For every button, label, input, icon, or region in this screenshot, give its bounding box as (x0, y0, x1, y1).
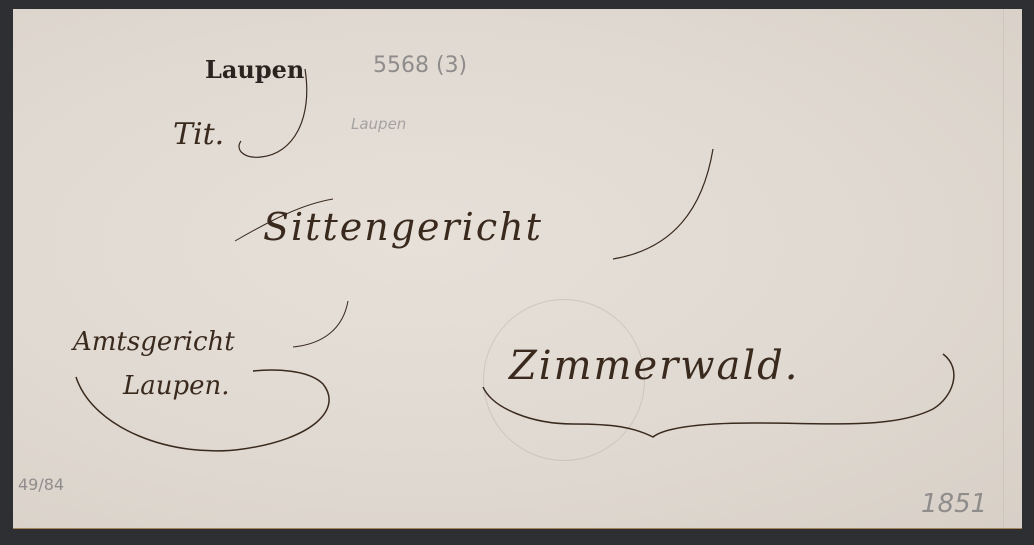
ink-flourishes (13, 9, 1022, 528)
catalog-note: 5568 (3) (373, 53, 467, 78)
postmark-laupen: Laupen (205, 55, 304, 84)
sender-line1: Amtsgericht (73, 327, 235, 357)
addressee-text: Sittengericht (263, 205, 543, 249)
letter-cover: Laupen 5568 (3) Laupen Tit. Sittengerich… (13, 9, 1022, 529)
destination-text: Zimmerwald. (509, 343, 799, 389)
pencil-ref: 49/84 (18, 475, 64, 494)
pencil-place-note: Laupen (351, 115, 406, 133)
sender-line2: Laupen. (123, 371, 230, 401)
fold-line (1003, 9, 1004, 528)
salutation-text: Tit. (173, 117, 224, 152)
year-note: 1851 (921, 489, 987, 519)
